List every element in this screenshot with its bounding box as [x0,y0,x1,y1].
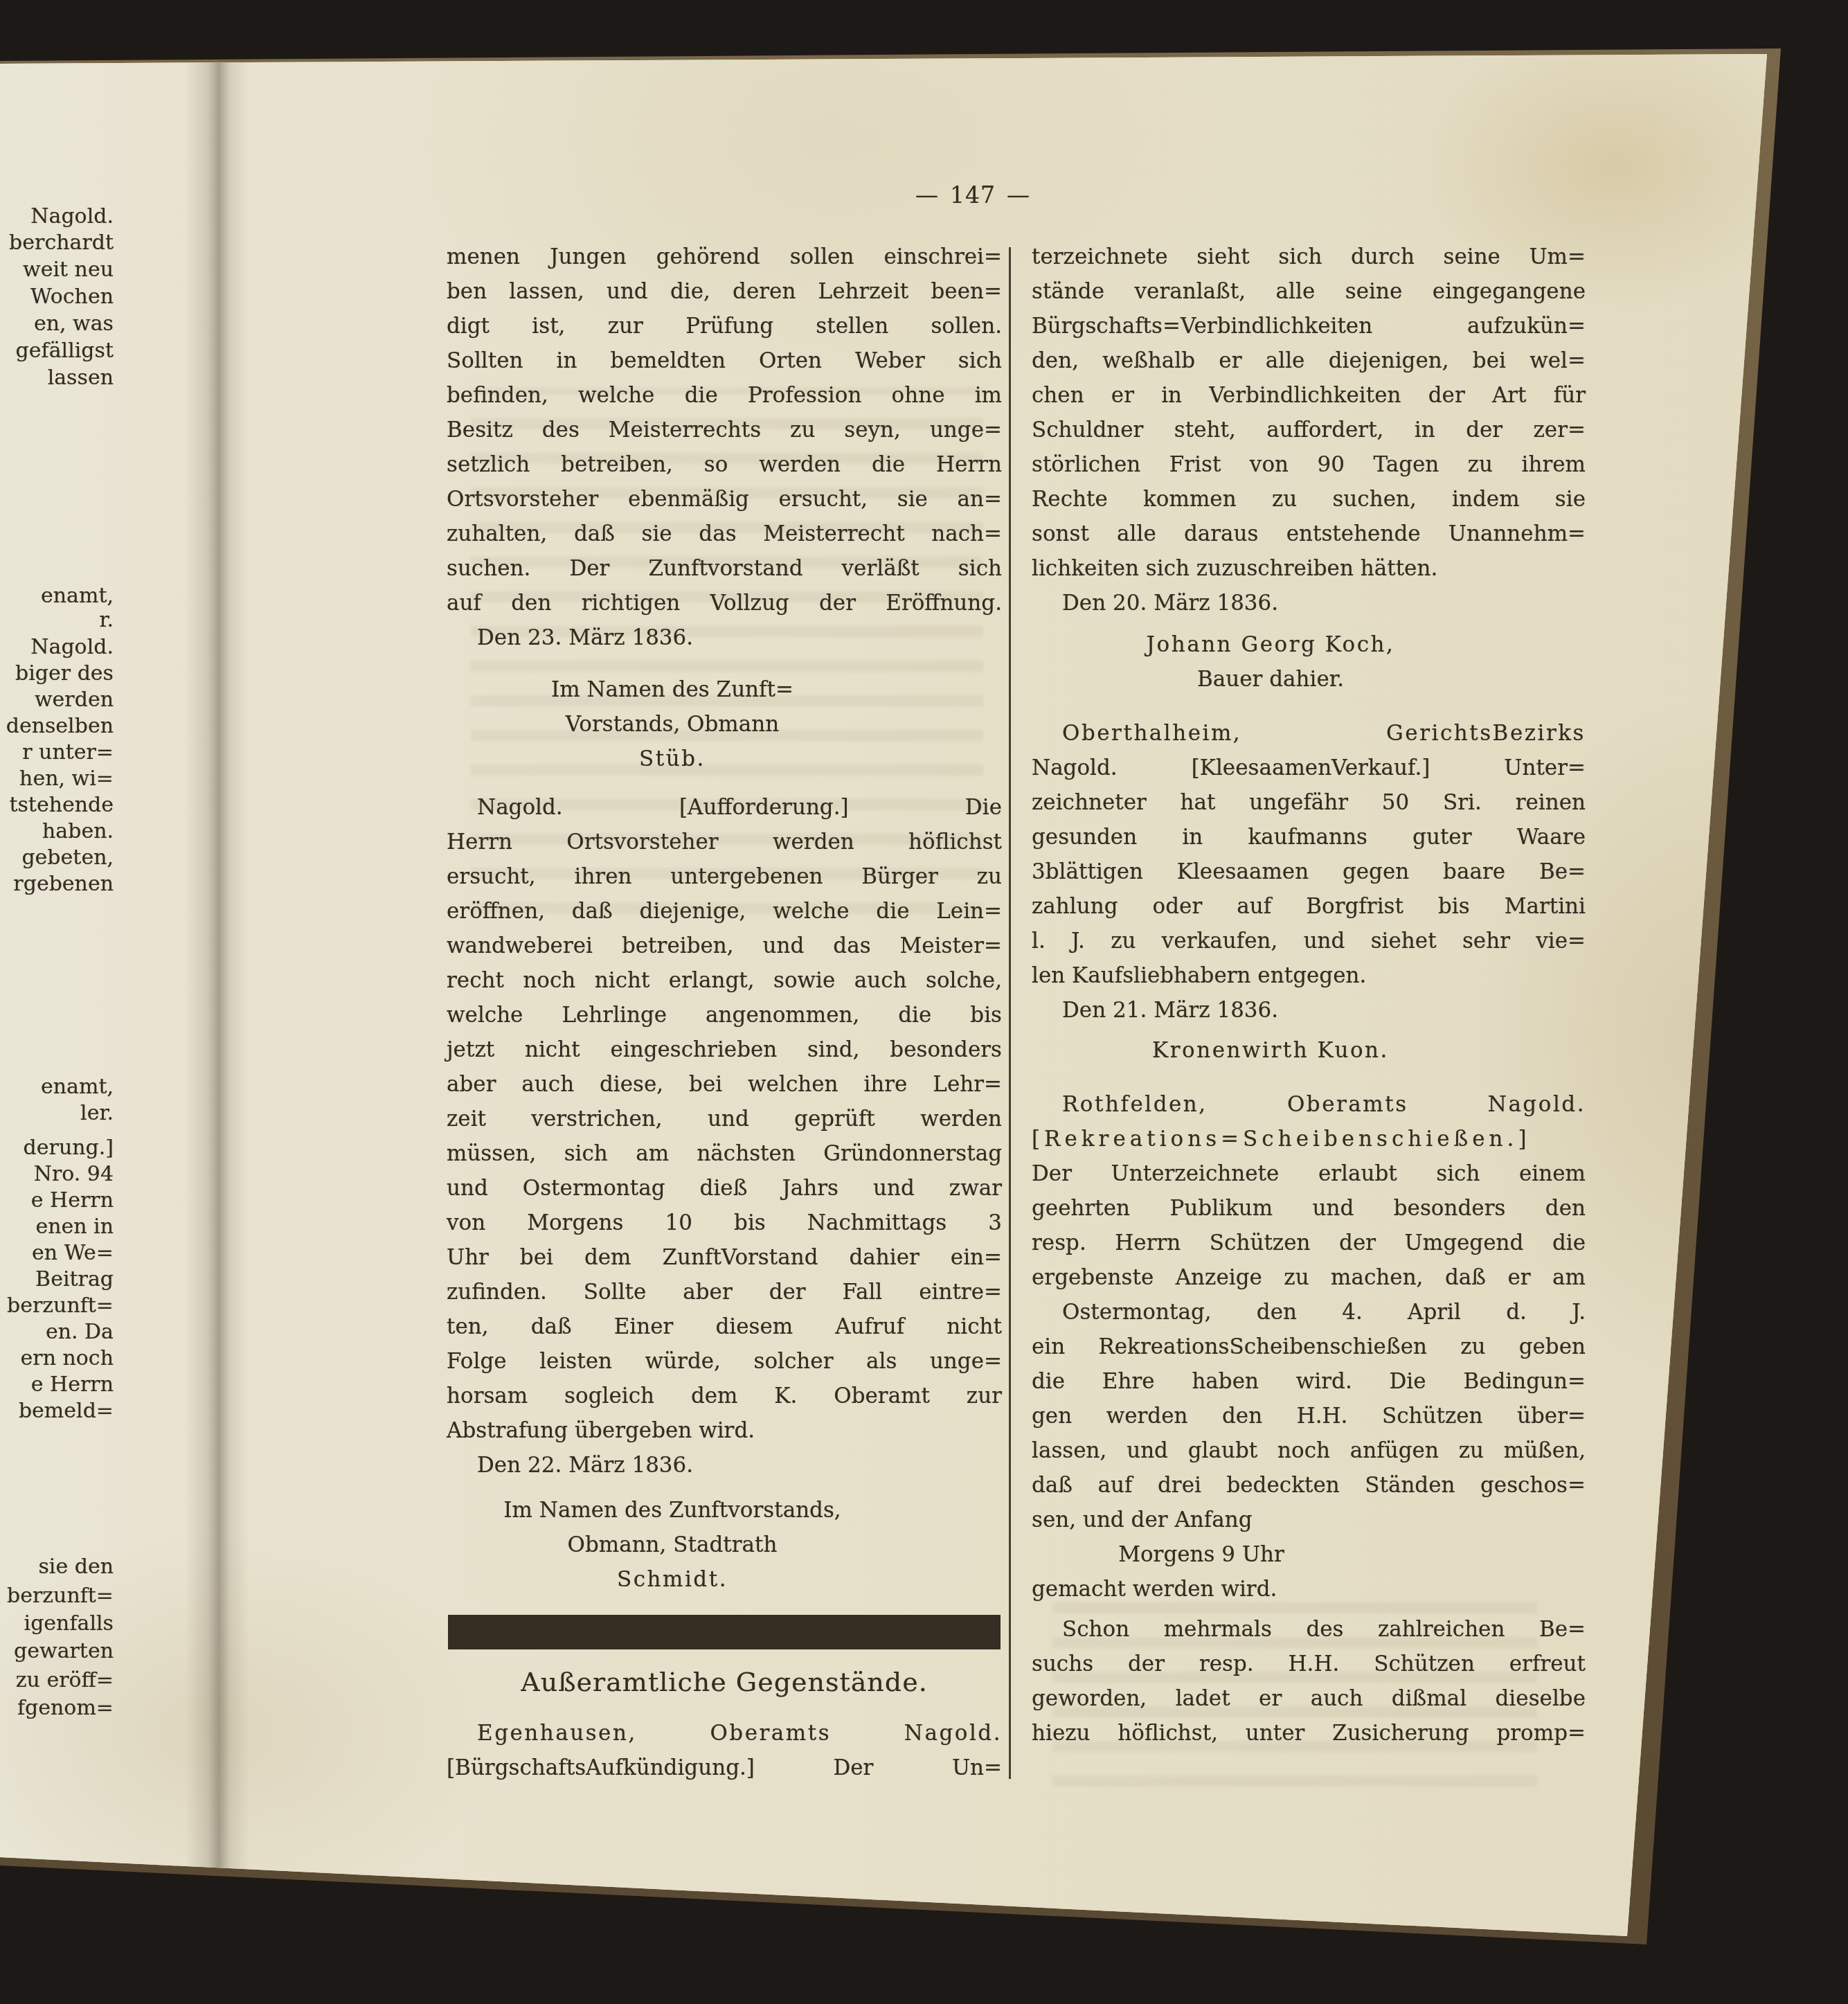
text-line: Der Unterzeichnete erlaubt sich einem [1032,1156,1586,1191]
left-page-fragment-line: haben. [42,819,114,844]
left-page-fragment-line: igenfalls [24,1611,114,1636]
text-line: terzeichnete sieht sich durch seine Um= [1032,240,1586,274]
text-line: die Ehre haben wird. Die Bedingun= [1032,1364,1586,1399]
left-page-fragment-line: biger des [15,661,114,686]
text-line: Nagold. [KleesaamenVerkauf.] Unter= [1032,751,1586,785]
book-page-spread: —147— Nagold.berchardtweit neuWochenen, … [0,0,1848,2004]
column-divider-rule [1009,247,1011,1779]
left-page-fragment-line: r unter= [22,740,114,765]
text-line: Morgens 9 Uhr [1032,1537,1586,1572]
text-line: geworden, ladet er auch dißmal dieselbe [1032,1681,1586,1716]
text-line: Vorstands, Obmann [447,707,1002,742]
text-line: ein RekreationsScheibenschießen zu geben [1032,1330,1586,1364]
text-line: den, weßhalb er alle diejenigen, bei wel… [1032,343,1586,378]
text-line: wandweberei betreiben, und das Meister= [447,929,1002,963]
text-line: stände veranlaßt, alle seine eingegangen… [1032,274,1586,309]
text-line: daß auf drei bedeckten Ständen geschos= [1032,1468,1586,1503]
left-page-fragment-line: enen in [35,1215,114,1240]
text-line: Besitz des Meisterrechts zu seyn, unge= [447,413,1002,447]
left-page-fragment-line: fgenom= [17,1696,114,1721]
text-line: Ostermontag, den 4. April d. J. [1032,1295,1586,1330]
left-page-fragments: Nagold.berchardtweit neuWochenen, wasgef… [0,0,116,2004]
left-page-fragment-line: werden [35,688,114,713]
left-page-fragment-line: Nro. 94 [34,1162,114,1187]
text-line: len Kaufsliebhabern entgegen. [1032,958,1586,993]
text-line: zeichneter hat ungefähr 50 Sri. reinen [1032,785,1586,820]
text-line: aber auch diese, bei welchen ihre Lehr= [447,1067,1002,1102]
text-line: digt ist, zur Prüfung stellen sollen. [447,309,1002,343]
text-line: sonst alle daraus entstehende Unannehm= [1032,517,1586,551]
left-page-fragment-line: en We= [32,1241,114,1266]
text-line: befinden, welche die Profession ohne im [447,378,1002,413]
text-line: zeit verstrichen, und geprüft werden [447,1102,1002,1136]
left-page-fragment-line: rgebenen [13,872,114,897]
left-page-fragment-line: sie den [38,1555,114,1580]
text-line: Kronenwirth Kuon. [1032,1033,1586,1068]
text-line: recht noch nicht erlangt, sowie auch sol… [447,963,1002,998]
text-line: Egenhausen, Oberamts Nagold. [447,1716,1002,1751]
text-line: Rechte kommen zu suchen, indem sie [1032,482,1586,517]
left-page-fragment-line: enamt, [41,584,114,609]
left-page-fragment-line: tstehende [9,793,114,818]
text-line: Den 23. März 1836. [447,620,1002,655]
left-page-fragment-line: e Herrn [31,1188,114,1213]
text-line: suchen. Der Zunftvorstand verläßt sich [447,551,1002,586]
text-line: Im Namen des Zunft= [447,672,1002,707]
left-page-fragment-line: Nagold. [30,635,114,660]
left-page-fragment-line: ler. [80,1101,114,1126]
left-page-fragment-line: hen, wi= [19,767,114,791]
text-line: Den 21. März 1836. [1032,993,1586,1028]
text-line: Im Namen des Zunftvorstands, [447,1493,1002,1528]
left-page-fragment-line: gefälligst [16,339,114,364]
left-page-fragment-line: en. Da [46,1320,114,1345]
text-line: gen werden den H.H. Schützen über= [1032,1399,1586,1433]
text-line: geehrten Publikum und besonders den [1032,1191,1586,1226]
text-line: eröffnen, daß diejenige, welche die Lein… [447,894,1002,929]
text-line: gemacht werden wird. [1032,1572,1586,1607]
text-line: Johann Georg Koch, [1032,627,1586,662]
text-line: horsam sogleich dem K. Oberamt zur [447,1379,1002,1413]
page-number: 147 [950,181,996,208]
text-line: zahlung oder auf Borgfrist bis Martini [1032,889,1586,924]
gutter-shadow [186,48,249,1877]
text-line: Bürgschafts=Verbindlichkeiten aufzukün= [1032,309,1586,343]
page-number-header: —147— [793,181,1153,209]
section-heading: Außeramtliche Gegenstände. [447,1662,1002,1702]
text-line: Schmidt. [447,1562,1002,1597]
left-page-fragment-line: ern noch [21,1346,114,1371]
text-line: ben lassen, und die, deren Lehrzeit been… [447,274,1002,309]
section-rule [448,1615,1001,1649]
text-line: ergebenste Anzeige zu machen, daß er am [1032,1260,1586,1295]
left-page-fragment-line: gewarten [14,1639,114,1664]
text-line: gesunden in kaufmanns guter Waare [1032,820,1586,855]
left-column: menen Jungen gehörend sollen einschrei=b… [447,240,1002,1785]
text-line: Rothfelden, Oberamts Nagold. [1032,1087,1586,1122]
text-line: lichkeiten sich zuzuschreiben hätten. [1032,551,1586,586]
header-dash-left: — [915,181,939,208]
text-line: lassen, und glaubt noch anfügen zu müßen… [1032,1433,1586,1468]
text-line: ersucht, ihren untergebenen Bürger zu [447,859,1002,894]
text-line: Schon mehrmals des zahlreichen Be= [1032,1612,1586,1647]
text-line: Abstrafung übergeben wird. [447,1413,1002,1448]
text-line: suchs der resp. H.H. Schützen erfreut [1032,1647,1586,1681]
left-page-fragment-line: bemeld= [19,1399,114,1424]
left-page-fragment-line: Nagold. [30,204,114,229]
left-page-fragment-line: gebeten, [21,846,114,870]
text-line: Uhr bei dem ZunftVorstand dahier ein= [447,1240,1002,1275]
left-page-fragment-line: lassen [48,366,114,391]
right-column: terzeichnete sieht sich durch seine Um=s… [1032,240,1586,1751]
left-page-fragment-line: e Herrn [31,1372,114,1397]
text-line: Den 22. März 1836. [447,1448,1002,1483]
text-line: sen, und der Anfang [1032,1503,1586,1537]
header-dash-right: — [1007,181,1030,208]
text-line: Obmann, Stadtrath [447,1528,1002,1562]
left-page-fragment-line: zu eröff= [16,1668,114,1693]
text-line: auf den richtigen Vollzug der Eröffnung. [447,586,1002,620]
text-line: ten, daß Einer diesem Aufruf nicht [447,1309,1002,1344]
left-page-fragment-line: r. [99,608,114,633]
text-line: Den 20. März 1836. [1032,586,1586,620]
text-line: störlichen Frist von 90 Tagen zu ihrem [1032,447,1586,482]
text-line: [BürgschaftsAufkündigung.] Der Un= [447,1751,1002,1785]
text-line: jetzt nicht eingeschrieben sind, besonde… [447,1032,1002,1067]
left-page-fragment-line: berchardt [9,231,114,256]
text-line: Schuldner steht, auffordert, in der zer= [1032,413,1586,447]
text-line: chen er in Verbindlichkeiten der Art für [1032,378,1586,413]
text-line: resp. Herrn Schützen der Umgegend die [1032,1226,1586,1260]
left-page-fragment-line: denselben [6,714,114,739]
text-line: zufinden. Sollte aber der Fall eintre= [447,1275,1002,1309]
left-page-fragment-line: enamt, [41,1075,114,1100]
left-page-fragment-line: Beitrag [35,1267,114,1292]
left-page-fragment-line: berzunft= [7,1294,114,1318]
left-page-fragment-line: berzunft= [7,1584,114,1609]
text-line: Folge leisten würde, solcher als unge= [447,1344,1002,1379]
text-line: von Morgens 10 bis Nachmittags 3 [447,1206,1002,1240]
text-line: hiezu höflichst, unter Zusicherung promp… [1032,1716,1586,1751]
text-line: Stüb. [447,742,1002,776]
text-line: Ortsvorsteher ebenmäßig ersucht, sie an= [447,482,1002,517]
text-line: [Rekreations=Scheibenschießen.] [1032,1122,1586,1156]
text-line: menen Jungen gehörend sollen einschrei= [447,240,1002,274]
text-line: l. J. zu verkaufen, und siehet sehr vie= [1032,924,1586,958]
text-line: Sollten in bemeldten Orten Weber sich [447,343,1002,378]
left-page-fragment-line: Wochen [30,285,114,310]
left-page-fragment-line: en, was [34,312,114,337]
text-line: zuhalten, daß sie das Meisterrecht nach= [447,517,1002,551]
text-line: und Ostermontag dieß Jahrs und zwar [447,1171,1002,1206]
text-line: setzlich betreiben, so werden die Herrn [447,447,1002,482]
text-line: Herrn Ortsvorsteher werden höflichst [447,825,1002,859]
left-page-fragment-line: weit neu [23,258,114,283]
text-line: müssen, sich am nächsten Gründonnerstag [447,1136,1002,1171]
text-line: Oberthalheim, GerichtsBezirks [1032,716,1586,751]
text-line: Nagold. [Aufforderung.] Die [447,790,1002,825]
text-line: Bauer dahier. [1032,662,1586,697]
text-line: 3blättigen Kleesaamen gegen baare Be= [1032,855,1586,889]
left-page-fragment-line: derung.] [24,1136,114,1161]
text-line: welche Lehrlinge angenommen, die bis [447,998,1002,1032]
